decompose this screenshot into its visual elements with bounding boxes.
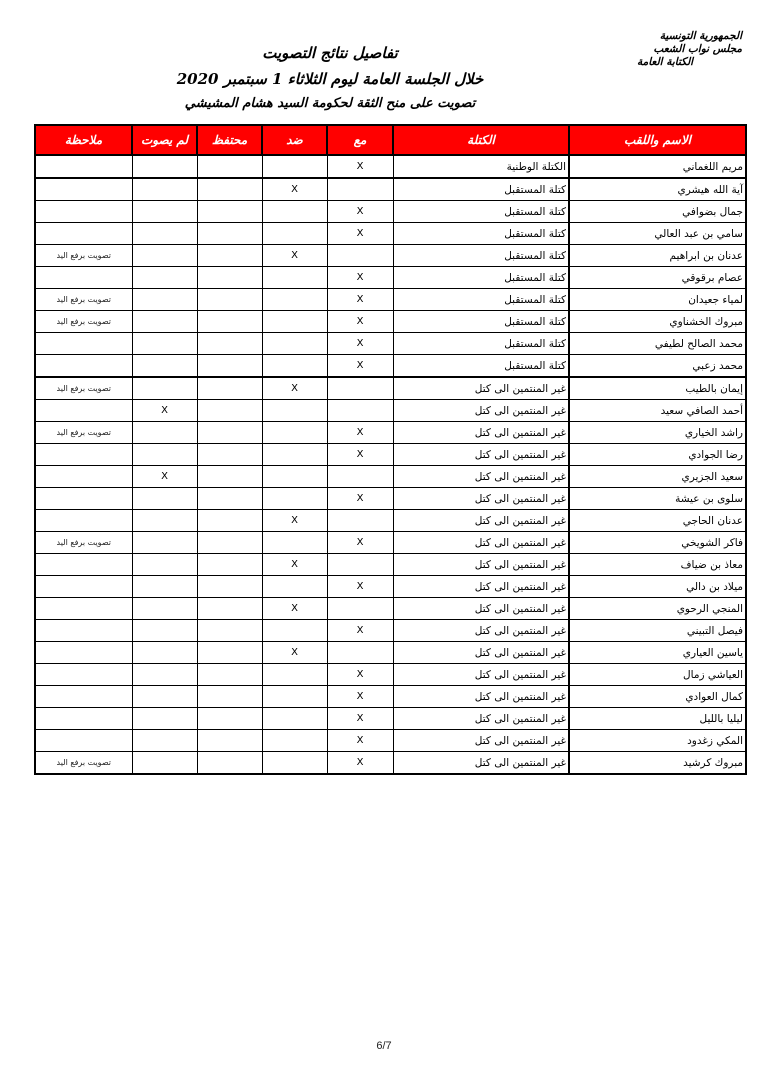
row-name: عصام برقوقي [569,267,746,289]
row-bloc: غير المنتمين الى كتل [393,554,569,576]
row-bloc: غير المنتمين الى كتل [393,466,569,488]
row-name: سعيد الجزيري [569,466,746,488]
vote-against-cell [262,466,327,488]
vote-for-cell [327,377,393,400]
no-vote-cell: X [132,400,197,422]
vote-for-cell: X [327,311,393,333]
vote-for-cell: X [327,752,393,775]
table-row: مبروك كرشيدغير المنتمين الى كتلXتصويت بر… [35,752,746,775]
row-name: راشد الخياري [569,422,746,444]
table-row: عدنان الحاجيغير المنتمين الى كتلX [35,510,746,532]
row-note [35,355,132,378]
vote-against-cell [262,289,327,311]
vote-against-cell: X [262,178,327,201]
column-header-for: مع [327,125,393,155]
vote-against-cell [262,488,327,510]
row-name: محمد زعبي [569,355,746,378]
table-row: فاكر الشويخيغير المنتمين الى كتلXتصويت ب… [35,532,746,554]
no-vote-cell [132,642,197,664]
vote-for-cell: X [327,267,393,289]
row-name: ميلاد بن دالي [569,576,746,598]
row-bloc: غير المنتمين الى كتل [393,488,569,510]
vote-against-cell [262,400,327,422]
row-bloc: غير المنتمين الى كتل [393,377,569,400]
no-vote-cell [132,201,197,223]
row-name: فيصل التبيني [569,620,746,642]
no-vote-cell [132,422,197,444]
vote-for-cell: X [327,620,393,642]
vote-against-cell: X [262,598,327,620]
row-note [35,466,132,488]
vote-against-cell [262,311,327,333]
table-row: آية الله هيشريكتلة المستقبلX [35,178,746,201]
vote-abstain-cell [197,267,262,289]
table-row: كمال العواديغير المنتمين الى كتلX [35,686,746,708]
row-note [35,576,132,598]
vote-abstain-cell [197,444,262,466]
no-vote-cell [132,333,197,355]
vote-abstain-cell [197,664,262,686]
row-bloc: غير المنتمين الى كتل [393,400,569,422]
row-note [35,201,132,223]
row-bloc: كتلة المستقبل [393,178,569,201]
session-subtitle: خلال الجلسة العامة ليوم الثلاثاء 1 سبتمب… [150,66,510,92]
row-name: عدنان الحاجي [569,510,746,532]
row-bloc: كتلة المستقبل [393,333,569,355]
no-vote-cell [132,576,197,598]
vote-against-cell [262,201,327,223]
vote-for-cell: X [327,444,393,466]
no-vote-cell [132,155,197,178]
vote-abstain-cell [197,355,262,378]
row-bloc: غير المنتمين الى كتل [393,620,569,642]
row-name: إيمان بالطيب [569,377,746,400]
row-bloc: الكتلة الوطنية [393,155,569,178]
table-row: محمد الصالح لطيفيكتلة المستقبلX [35,333,746,355]
row-note [35,400,132,422]
vote-abstain-cell [197,598,262,620]
vote-abstain-cell [197,752,262,775]
row-bloc: غير المنتمين الى كتل [393,664,569,686]
row-bloc: كتلة المستقبل [393,289,569,311]
row-bloc: غير المنتمين الى كتل [393,532,569,554]
no-vote-cell [132,752,197,775]
row-note: تصويت برفع اليد [35,752,132,775]
row-name: المكي زغدود [569,730,746,752]
no-vote-cell [132,664,197,686]
vote-subject: تصويت على منح الثقة لحكومة السيد هشام ال… [150,92,510,116]
vote-abstain-cell [197,686,262,708]
no-vote-cell [132,377,197,400]
row-note: تصويت برفع اليد [35,311,132,333]
vote-abstain-cell [197,377,262,400]
row-bloc: كتلة المستقبل [393,355,569,378]
vote-against-cell: X [262,245,327,267]
vote-abstain-cell [197,730,262,752]
row-note: تصويت برفع اليد [35,377,132,400]
vote-against-cell [262,223,327,245]
row-bloc: غير المنتمين الى كتل [393,510,569,532]
org-line-secretariat: الكتابة العامة [602,56,742,69]
vote-against-cell [262,664,327,686]
row-note [35,686,132,708]
vote-abstain-cell [197,178,262,201]
table-row: رضا الجواديغير المنتمين الى كتلX [35,444,746,466]
vote-for-cell: X [327,422,393,444]
row-note [35,598,132,620]
table-row: إيمان بالطيبغير المنتمين الى كتلXتصويت ب… [35,377,746,400]
row-name: المنجي الرحوي [569,598,746,620]
vote-for-cell [327,598,393,620]
no-vote-cell [132,510,197,532]
row-note [35,223,132,245]
organization-header: الجمهورية التونسية مجلس نواب الشعب الكتا… [602,30,742,69]
vote-abstain-cell [197,620,262,642]
row-bloc: غير المنتمين الى كتل [393,444,569,466]
row-bloc: غير المنتمين الى كتل [393,642,569,664]
table-row: المنجي الرحويغير المنتمين الى كتلX [35,598,746,620]
vote-for-cell [327,554,393,576]
row-note: تصويت برفع اليد [35,422,132,444]
no-vote-cell [132,532,197,554]
vote-against-cell [262,730,327,752]
vote-for-cell: X [327,664,393,686]
row-name: مبروك كرشيد [569,752,746,775]
row-bloc: غير المنتمين الى كتل [393,730,569,752]
org-line-parliament: مجلس نواب الشعب [602,43,742,56]
row-bloc: غير المنتمين الى كتل [393,598,569,620]
vote-abstain-cell [197,510,262,532]
vote-against-cell [262,532,327,554]
no-vote-cell [132,620,197,642]
vote-against-cell [262,444,327,466]
row-note [35,178,132,201]
vote-against-cell: X [262,642,327,664]
row-note [35,620,132,642]
vote-against-cell: X [262,377,327,400]
vote-for-cell: X [327,708,393,730]
row-note [35,554,132,576]
vote-for-cell: X [327,686,393,708]
vote-for-cell [327,510,393,532]
table-row: ليليا بالليلغير المنتمين الى كتلX [35,708,746,730]
no-vote-cell [132,178,197,201]
vote-for-cell: X [327,488,393,510]
row-name: أحمد الصافي سعيد [569,400,746,422]
row-name: رضا الجوادي [569,444,746,466]
column-header-name: الاسم واللقب [569,125,746,155]
column-header-no-vote: لم يصوت [132,125,197,155]
vote-for-cell: X [327,201,393,223]
row-note [35,730,132,752]
row-note: تصويت برفع اليد [35,245,132,267]
table-row: سامي بن عبد العاليكتلة المستقبلX [35,223,746,245]
row-bloc: غير المنتمين الى كتل [393,752,569,775]
table-row: العياشي زمالغير المنتمين الى كتلX [35,664,746,686]
vote-abstain-cell [197,466,262,488]
vote-abstain-cell [197,422,262,444]
vote-abstain-cell [197,155,262,178]
vote-against-cell [262,576,327,598]
no-vote-cell [132,267,197,289]
no-vote-cell [132,488,197,510]
page-number: 6/7 [0,1040,768,1052]
vote-against-cell: X [262,510,327,532]
table-header-row: الاسم واللقب الكتلة مع ضد محتفظ لم يصوت … [35,125,746,155]
document-titles: تفاصيل نتائج التصويت خلال الجلسة العامة … [150,40,510,116]
vote-for-cell [327,178,393,201]
no-vote-cell [132,311,197,333]
vote-abstain-cell [197,400,262,422]
table-row: أحمد الصافي سعيدغير المنتمين الى كتلX [35,400,746,422]
row-bloc: غير المنتمين الى كتل [393,686,569,708]
row-name: جمال بضوافي [569,201,746,223]
row-bloc: غير المنتمين الى كتل [393,708,569,730]
row-name: معاذ بن ضياف [569,554,746,576]
vote-against-cell [262,752,327,775]
table-row: سعيد الجزيريغير المنتمين الى كتلX [35,466,746,488]
no-vote-cell [132,598,197,620]
vote-against-cell [262,333,327,355]
no-vote-cell: X [132,466,197,488]
column-header-bloc: الكتلة [393,125,569,155]
vote-abstain-cell [197,532,262,554]
row-name: لمياء جعيدان [569,289,746,311]
row-name: فاكر الشويخي [569,532,746,554]
vote-abstain-cell [197,223,262,245]
vote-abstain-cell [197,576,262,598]
vote-for-cell: X [327,289,393,311]
row-note [35,642,132,664]
table-row: جمال بضوافيكتلة المستقبلX [35,201,746,223]
vote-results-table: الاسم واللقب الكتلة مع ضد محتفظ لم يصوت … [34,124,747,775]
vote-against-cell [262,708,327,730]
org-line-republic: الجمهورية التونسية [602,30,742,43]
vote-for-cell: X [327,355,393,378]
row-note [35,333,132,355]
table-row: معاذ بن ضيافغير المنتمين الى كتلX [35,554,746,576]
vote-against-cell [262,422,327,444]
table-row: راشد الخياريغير المنتمين الى كتلXتصويت ب… [35,422,746,444]
table-row: مريم اللغمانيالكتلة الوطنيةX [35,155,746,178]
row-name: عدنان بن ابراهيم [569,245,746,267]
vote-abstain-cell [197,488,262,510]
no-vote-cell [132,708,197,730]
row-note [35,664,132,686]
column-header-note: ملاحظة [35,125,132,155]
no-vote-cell [132,355,197,378]
row-note [35,444,132,466]
row-name: محمد الصالح لطيفي [569,333,746,355]
row-name: آية الله هيشري [569,178,746,201]
row-name: ياسين العياري [569,642,746,664]
table-row: سلوى بن عيشةغير المنتمين الى كتلX [35,488,746,510]
vote-abstain-cell [197,201,262,223]
vote-against-cell [262,686,327,708]
no-vote-cell [132,730,197,752]
row-name: سلوى بن عيشة [569,488,746,510]
no-vote-cell [132,444,197,466]
row-name: ليليا بالليل [569,708,746,730]
table-row: مبروك الخشناويكتلة المستقبلXتصويت برفع ا… [35,311,746,333]
vote-abstain-cell [197,333,262,355]
no-vote-cell [132,554,197,576]
row-note [35,488,132,510]
row-name: العياشي زمال [569,664,746,686]
table-body: مريم اللغمانيالكتلة الوطنيةXآية الله هيش… [35,155,746,774]
row-bloc: كتلة المستقبل [393,245,569,267]
column-header-abstain: محتفظ [197,125,262,155]
no-vote-cell [132,289,197,311]
table-row: عدنان بن ابراهيمكتلة المستقبلXتصويت برفع… [35,245,746,267]
row-name: سامي بن عبد العالي [569,223,746,245]
row-note: تصويت برفع اليد [35,289,132,311]
vote-for-cell: X [327,333,393,355]
vote-abstain-cell [197,311,262,333]
vote-for-cell: X [327,155,393,178]
vote-abstain-cell [197,245,262,267]
row-name: مبروك الخشناوي [569,311,746,333]
row-bloc: كتلة المستقبل [393,311,569,333]
row-bloc: غير المنتمين الى كتل [393,576,569,598]
row-bloc: كتلة المستقبل [393,223,569,245]
vote-against-cell: X [262,554,327,576]
page-title: تفاصيل نتائج التصويت [150,40,510,66]
table-row: فيصل التبينيغير المنتمين الى كتلX [35,620,746,642]
row-name: مريم اللغماني [569,155,746,178]
row-name: كمال العوادي [569,686,746,708]
row-bloc: كتلة المستقبل [393,201,569,223]
table-row: محمد زعبيكتلة المستقبلX [35,355,746,378]
vote-against-cell [262,355,327,378]
row-note [35,510,132,532]
vote-against-cell [262,267,327,289]
vote-against-cell [262,155,327,178]
vote-for-cell: X [327,576,393,598]
row-bloc: غير المنتمين الى كتل [393,422,569,444]
vote-abstain-cell [197,708,262,730]
column-header-against: ضد [262,125,327,155]
vote-against-cell [262,620,327,642]
row-note [35,708,132,730]
table-row: لمياء جعيدانكتلة المستقبلXتصويت برفع الي… [35,289,746,311]
vote-for-cell: X [327,223,393,245]
no-vote-cell [132,245,197,267]
vote-abstain-cell [197,554,262,576]
vote-for-cell [327,245,393,267]
row-note: تصويت برفع اليد [35,532,132,554]
table-row: ميلاد بن داليغير المنتمين الى كتلX [35,576,746,598]
row-bloc: كتلة المستقبل [393,267,569,289]
vote-abstain-cell [197,289,262,311]
table-row: المكي زغدودغير المنتمين الى كتلX [35,730,746,752]
table-row: عصام برقوقيكتلة المستقبلX [35,267,746,289]
row-note [35,155,132,178]
no-vote-cell [132,686,197,708]
no-vote-cell [132,223,197,245]
row-note [35,267,132,289]
vote-for-cell: X [327,532,393,554]
vote-for-cell [327,400,393,422]
vote-for-cell: X [327,730,393,752]
vote-for-cell [327,642,393,664]
vote-for-cell [327,466,393,488]
vote-abstain-cell [197,642,262,664]
table-row: ياسين العياريغير المنتمين الى كتلX [35,642,746,664]
